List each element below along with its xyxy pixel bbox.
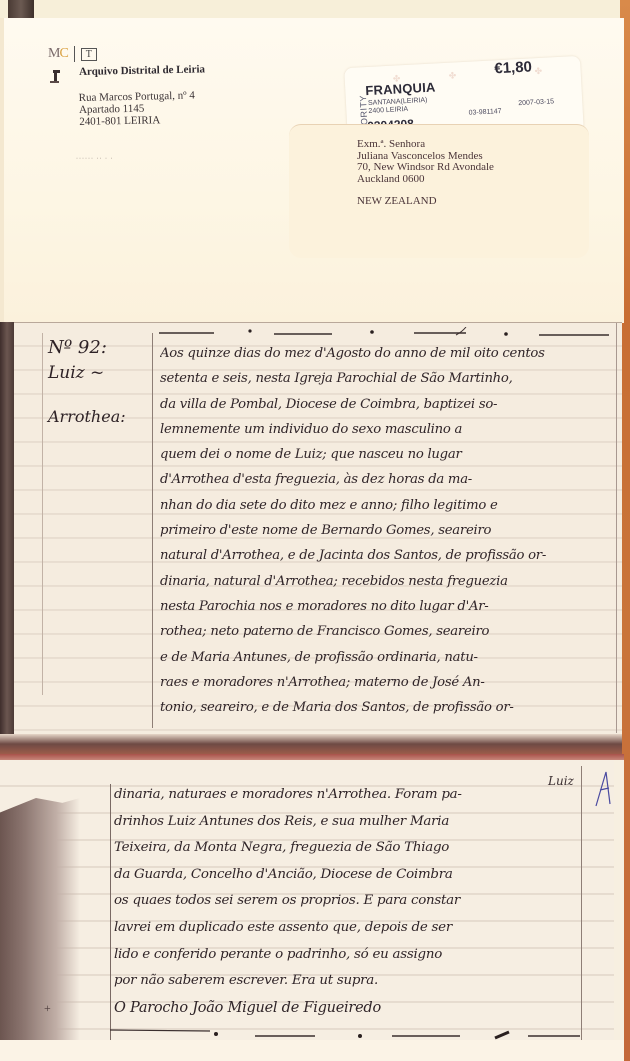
page-bottom-edge — [0, 734, 622, 754]
recipient-country: NEW ZEALAND — [357, 196, 494, 208]
script-line: dinaria, naturaes e moradores n'Arrothea… — [114, 782, 580, 809]
postage-date: 2007-03-15 — [518, 98, 554, 107]
record-text-page-1: Aos quinze dias do mez d'Agosto do anno … — [160, 341, 616, 720]
script-line: tonio, seareiro, e de Maria dos Santos, … — [160, 695, 616, 720]
logo-mc: MC — [48, 46, 68, 62]
script-line: e de Maria Antunes, de profissão ordinar… — [160, 645, 616, 670]
script-line: nesta Parochia nos e moradores no dito l… — [160, 594, 616, 619]
ruled-sheet: Nº 92: Luiz ~ Arrothea: Aos quinze dias … — [14, 322, 622, 742]
recipient-window: Exm.ª. Senhora Juliana Vasconcelos Mende… — [289, 124, 589, 258]
script-line: Aos quinze dias do mez d'Agosto do anno … — [160, 341, 616, 366]
postage-serial: 03-981147 — [469, 108, 502, 117]
script-line: os quaes todos sei serem os proprios. E … — [114, 888, 580, 915]
script-line: nhan do dia sete do dito mez e anno; fil… — [160, 493, 616, 518]
script-line: raes e moradores n'Arrothea; materno de … — [160, 670, 616, 695]
script-line: lido e conferido perante o padrinho, só … — [114, 942, 580, 969]
recipient-line: Exm.ª. Senhora — [357, 139, 494, 151]
postage-title: FRANQUIA — [365, 79, 436, 98]
script-line: por não saberem escrever. Era ut supra. — [114, 968, 580, 995]
ministry-logo: MC T — [48, 46, 97, 62]
script-line: dinaria, natural d'Arrothea; recebidos n… — [160, 569, 616, 594]
archive-emblem-icon — [50, 70, 62, 84]
rule-line — [616, 323, 617, 733]
footer-flourish — [110, 1026, 582, 1040]
pencil-mark-icon — [592, 768, 614, 808]
manuscript-page-1: Nº 92: Luiz ~ Arrothea: Aos quinze dias … — [0, 322, 622, 754]
record-number: Nº 92: — [48, 337, 107, 358]
script-line: rothea; neto paterno de Francisco Gomes,… — [160, 619, 616, 644]
script-line: natural d'Arrothea, e de Jacinta dos San… — [160, 543, 616, 568]
window-smudge: ······ ·· · · — [76, 156, 113, 162]
script-line: d'Arrothea d'esta freguezia, às dez hora… — [160, 467, 616, 492]
script-line: da villa de Pombal, Diocese de Coimbra, … — [160, 392, 616, 417]
postage-office: SANTANA(LEIRIA) 2400 LEIRIA — [368, 97, 428, 116]
postage-office-line: 2400 LEIRIA — [368, 105, 428, 116]
watermark-icon: ✤ — [534, 66, 542, 77]
sender-address-line: 2401-801 LEIRIA — [79, 114, 195, 128]
script-line: quem dei o nome de Luiz; que nasceu no l… — [160, 442, 616, 467]
margin-rule — [152, 333, 153, 728]
sender-address: Rua Marcos Portugal, nº 4 Apartado 1145 … — [79, 90, 196, 128]
rule-line — [581, 766, 582, 1046]
manuscript-page-2: Luiz dinaria, naturaes e moradores n'Arr… — [0, 754, 624, 1061]
script-line: drinhos Luiz Antunes dos Reis, e sua mul… — [114, 809, 580, 836]
script-line: lemnemente um individuo do sexo masculin… — [160, 417, 616, 442]
logo-t-icon: T — [81, 48, 97, 61]
recipient-address: Exm.ª. Senhora Juliana Vasconcelos Mende… — [357, 139, 494, 208]
script-line: setenta e seis, nesta Igreja Parochial d… — [160, 366, 616, 391]
sender-name: Arquivo Distrital de Leiria — [79, 63, 205, 78]
script-line: lavrei em duplicado este assento que, de… — [114, 915, 580, 942]
recipient-line: 70, New Windsor Rd Avondale — [357, 162, 494, 174]
cross-mark: + — [44, 1001, 51, 1016]
script-line: Teixeira, da Monta Negra, freguezia de S… — [114, 835, 580, 862]
baptized-name: Luiz ~ — [48, 363, 104, 383]
page-bottom-margin — [0, 1040, 624, 1061]
postage-amount: €1,80 — [494, 58, 532, 77]
record-text-page-2: dinaria, naturaes e moradores n'Arrothea… — [114, 782, 580, 1021]
record-place: Arrothea: — [48, 407, 126, 426]
script-line: da Guarda, Concelho d'Ancião, Diocese de… — [114, 862, 580, 889]
parish-priest-signature: O Parocho João Miguel de Figueiredo — [114, 995, 580, 1022]
rule-line — [42, 333, 43, 695]
header-flourish — [154, 327, 616, 337]
logo-divider — [74, 46, 75, 62]
torn-page-shadow — [0, 798, 80, 1040]
envelope: MC T Arquivo Distrital de Leiria Rua Mar… — [0, 18, 624, 323]
watermark-icon: ✤ — [448, 70, 456, 81]
script-line: primeiro d'este nome de Bernardo Gomes, … — [160, 518, 616, 543]
margin-rule — [110, 784, 111, 1046]
book-binding — [0, 322, 14, 742]
recipient-line: Auckland 0600 — [357, 174, 494, 186]
